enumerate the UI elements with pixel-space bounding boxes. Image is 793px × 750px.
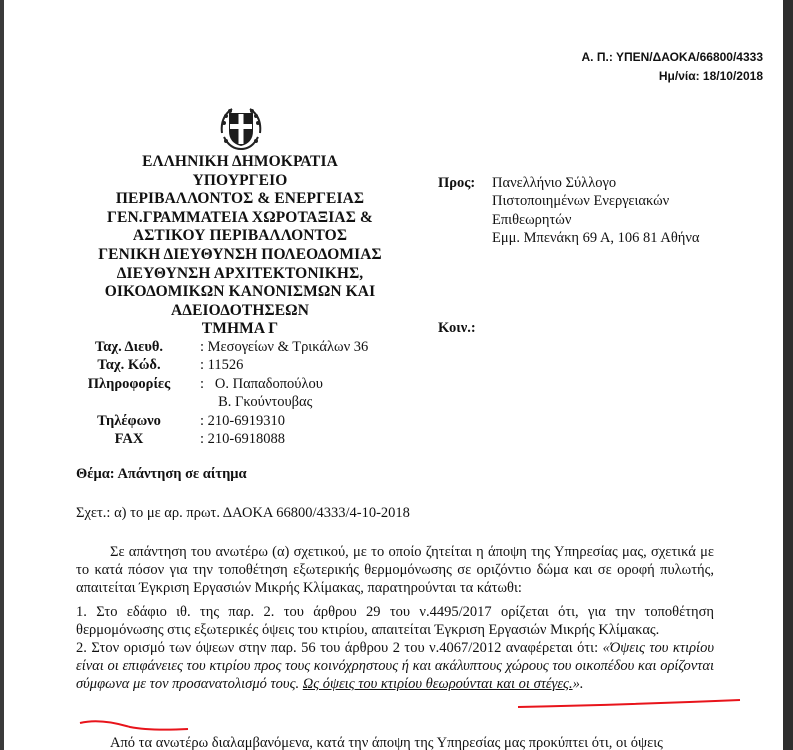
scan-edge-right bbox=[783, 0, 793, 750]
subject-line: Θέμα: Απάντηση σε αίτημα bbox=[76, 466, 247, 483]
ministry-line: ΓΕΝΙΚΗ ΔΙΕΥΘΥΝΣΗ ΠΟΛΕΟΔΟΜΙΑΣ bbox=[70, 246, 410, 265]
law-quote-underlined: Ως όψεις του κτιρίου θεωρούνται και οι σ… bbox=[303, 676, 573, 692]
ministry-line: ΥΠΟΥΡΓΕΙΟ bbox=[70, 172, 410, 191]
recipient-label: Προς: bbox=[438, 174, 492, 248]
contact-row-phone: Τηλέφωνο: 210-6919310 bbox=[58, 412, 368, 430]
numbered-list: 1. Στο εδάφιο ιθ. της παρ. 2. του άρθρου… bbox=[76, 603, 714, 693]
intro-paragraph: Σε απάντηση του ανωτέρω (α) σχετικού, με… bbox=[76, 543, 714, 597]
contact-row-address: Ταχ. Διευθ.: Μεσογείων & Τρικάλων 36 bbox=[58, 338, 368, 356]
ministry-header: ΕΛΛΗΝΙΚΗ ΔΗΜΟΚΡΑΤΙΑ ΥΠΟΥΡΓΕΙΟ ΠΕΡΙΒΑΛΛΟΝ… bbox=[70, 153, 410, 339]
greek-coat-of-arms-icon bbox=[216, 103, 266, 153]
contact-row-info: Πληροφορίες: Ο. Παπαδοπούλου bbox=[58, 375, 368, 393]
recipient-address: Πανελλήνιο Σύλλογο Πιστοποιημένων Ενεργε… bbox=[492, 174, 700, 248]
document-date: Ημ/νία: 18/10/2018 bbox=[582, 67, 764, 86]
reference-block: Α. Π.: ΥΠΕΝ/ΔΑΟΚΑ/66800/4333 Ημ/νία: 18/… bbox=[582, 48, 764, 86]
list-item: 2. Στον ορισμό των όψεων στην παρ. 56 το… bbox=[76, 639, 714, 693]
ministry-line: ΤΜΗΜΑ Γ bbox=[70, 320, 410, 339]
ministry-line: ΓΕΝ.ΓΡΑΜΜΑΤΕΙΑ ΧΩΡΟΤΑΞΙΑΣ & bbox=[70, 209, 410, 228]
protocol-number: Α. Π.: ΥΠΕΝ/ΔΑΟΚΑ/66800/4333 bbox=[582, 48, 764, 67]
ministry-line: ΑΔΕΙΟΔΟΤΗΣΕΩΝ bbox=[70, 302, 410, 321]
ministry-line: ΕΛΛΗΝΙΚΗ ΔΗΜΟΚΡΑΤΙΑ bbox=[70, 153, 410, 172]
contact-row-info-2: Β. Γκούντουβας bbox=[58, 393, 368, 411]
conclusion-paragraph: Από τα ανωτέρω διαλαμβανόμενα, κατά την … bbox=[76, 734, 714, 750]
ministry-line: ΠΕΡΙΒΑΛΛΟΝΤΟΣ & ΕΝΕΡΓΕΙΑΣ bbox=[70, 190, 410, 209]
cc-label: Κοιν.: bbox=[438, 320, 476, 337]
list-item: 1. Στο εδάφιο ιθ. της παρ. 2. του άρθρου… bbox=[76, 603, 714, 639]
ministry-line: ΔΙΕΥΘΥΝΣΗ ΑΡΧΙΤΕΚΤΟΝΙΚΗΣ, bbox=[70, 265, 410, 284]
ministry-line: ΑΣΤΙΚΟΥ ΠΕΡΙΒΑΛΛΟΝΤΟΣ bbox=[70, 227, 410, 246]
ministry-line: ΟΙΚΟΔΟΜΙΚΩΝ ΚΑΝΟΝΙΣΜΩΝ ΚΑΙ bbox=[70, 283, 410, 302]
contact-row-fax: FAX: 210-6918088 bbox=[58, 430, 368, 448]
recipient-block: Προς: Πανελλήνιο Σύλλογο Πιστοποιημένων … bbox=[438, 174, 700, 248]
contact-row-postcode: Ταχ. Κώδ.: 11526 bbox=[58, 356, 368, 374]
related-reference: Σχετ.: α) το με αρ. πρωτ. ΔΑΟΚΑ 66800/43… bbox=[76, 505, 410, 522]
contact-info: Ταχ. Διευθ.: Μεσογείων & Τρικάλων 36 Ταχ… bbox=[58, 338, 368, 448]
